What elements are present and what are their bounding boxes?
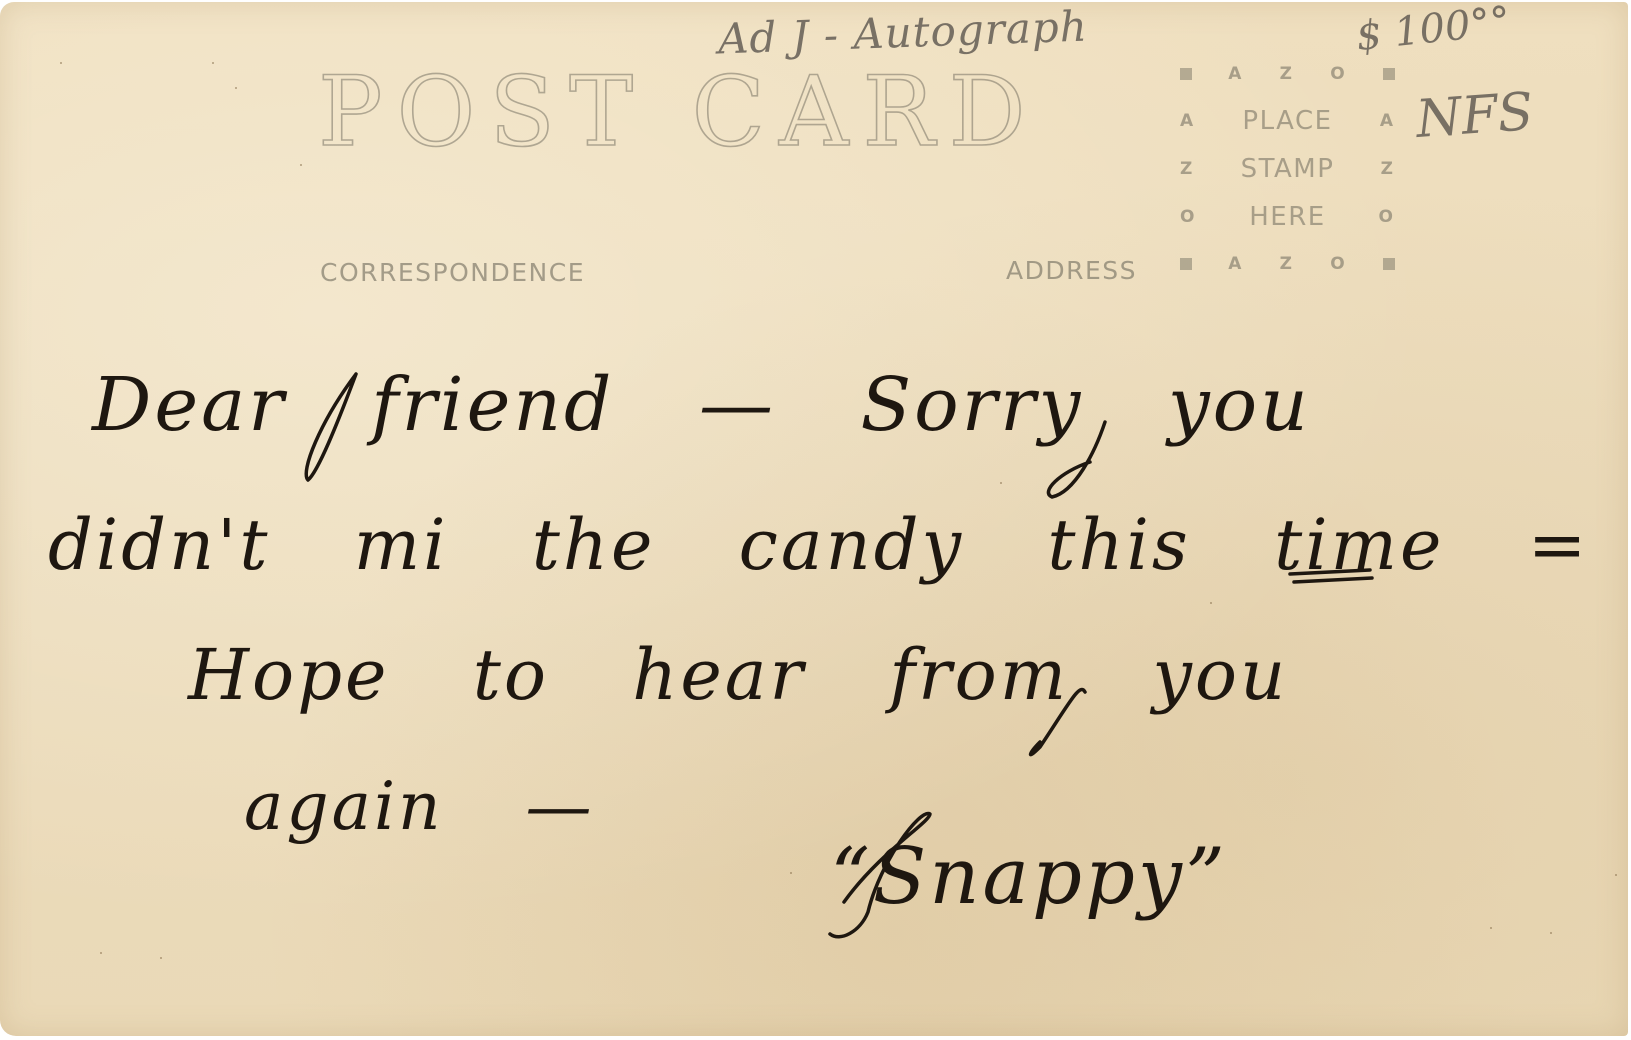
stamp-text-stamp: STAMP xyxy=(1241,154,1335,184)
stamp-border-letter: O xyxy=(1180,207,1196,227)
paper-speck xyxy=(790,872,792,874)
message-line-1: Dear friend — Sorry you xyxy=(92,362,1369,448)
message-line-2: didn't mi the candy this time = xyxy=(48,504,1628,586)
stamp-corner-square-icon xyxy=(1180,68,1192,80)
message-word: again xyxy=(244,768,444,845)
message-word: from xyxy=(889,634,1069,716)
address-label: ADDRESS xyxy=(1006,256,1137,285)
message-word: you xyxy=(1168,362,1311,448)
stamp-corner-square-icon xyxy=(1383,258,1395,270)
stamp-box-top-row: A Z O xyxy=(1180,64,1395,84)
pencil-price-note: $ 100°° xyxy=(1354,2,1512,60)
stamp-text-place: PLACE xyxy=(1242,106,1332,136)
message-word: Sorry xyxy=(860,362,1083,448)
paper-speck xyxy=(1210,602,1212,604)
stamp-box-row-place: A PLACE A xyxy=(1180,106,1395,136)
message-word: Dear xyxy=(92,362,287,448)
pencil-nfs-note: NFS xyxy=(1414,82,1535,150)
paper-speck xyxy=(1550,932,1552,934)
postcard-back: POST CARD CORRESPONDENCE ADDRESS A Z O A… xyxy=(0,2,1628,1036)
message-word: the xyxy=(532,504,656,586)
paper-speck xyxy=(235,87,237,89)
message-word: didn't xyxy=(48,504,270,586)
stamp-box-row-here: O HERE O xyxy=(1180,202,1395,232)
message-line-3: Hope to hear from you xyxy=(188,634,1346,716)
paper-speck xyxy=(1615,874,1617,876)
message-word: to xyxy=(473,634,549,716)
stamp-corner-square-icon xyxy=(1383,68,1395,80)
stamp-border-letter: Z xyxy=(1381,159,1395,179)
message-word: — xyxy=(526,768,595,845)
paper-speck xyxy=(1490,927,1492,929)
stamp-border-letter: Z xyxy=(1280,254,1294,274)
stamp-border-letter: Z xyxy=(1280,64,1294,84)
message-word: mi xyxy=(354,504,449,586)
correspondence-label: CORRESPONDENCE xyxy=(320,258,585,287)
message-word: Hope xyxy=(188,634,389,716)
message-word: candy xyxy=(739,504,964,586)
paper-speck xyxy=(60,62,62,64)
stamp-border-letter: O xyxy=(1330,64,1346,84)
stamp-box-bottom-row: A Z O xyxy=(1180,254,1395,274)
stamp-border-letter: Z xyxy=(1180,159,1194,179)
stamp-box: A Z O A PLACE A Z STAMP Z O HERE O A Z O xyxy=(1180,60,1395,280)
message-word: this xyxy=(1047,504,1191,586)
paper-speck xyxy=(1000,482,1002,484)
paper-speck xyxy=(100,952,102,954)
stamp-border-letter: O xyxy=(1330,254,1346,274)
pencil-autograph-note: Ad J - Autograph xyxy=(717,2,1088,63)
stamp-border-letter: O xyxy=(1379,207,1395,227)
postcard-title: POST CARD xyxy=(318,64,1040,160)
paper-speck xyxy=(300,164,302,166)
stamp-corner-square-icon xyxy=(1180,258,1192,270)
message-word: hear xyxy=(632,634,806,716)
message-word: time xyxy=(1274,504,1444,586)
signature: “Snappy” xyxy=(830,832,1228,922)
stamp-text-here: HERE xyxy=(1249,202,1325,232)
stamp-box-row-stamp: Z STAMP Z xyxy=(1180,154,1395,184)
message-word: you xyxy=(1152,634,1288,716)
stamp-border-letter: A xyxy=(1228,64,1243,84)
paper-speck xyxy=(212,62,214,64)
paper-speck xyxy=(160,957,162,959)
stamp-border-letter: A xyxy=(1228,254,1243,274)
message-word: friend xyxy=(371,362,614,448)
message-line-4: again — xyxy=(244,768,653,845)
message-word: = xyxy=(1528,504,1590,586)
stamp-border-letter: A xyxy=(1380,111,1395,131)
message-word: — xyxy=(699,362,776,448)
stamp-border-letter: A xyxy=(1180,111,1195,131)
